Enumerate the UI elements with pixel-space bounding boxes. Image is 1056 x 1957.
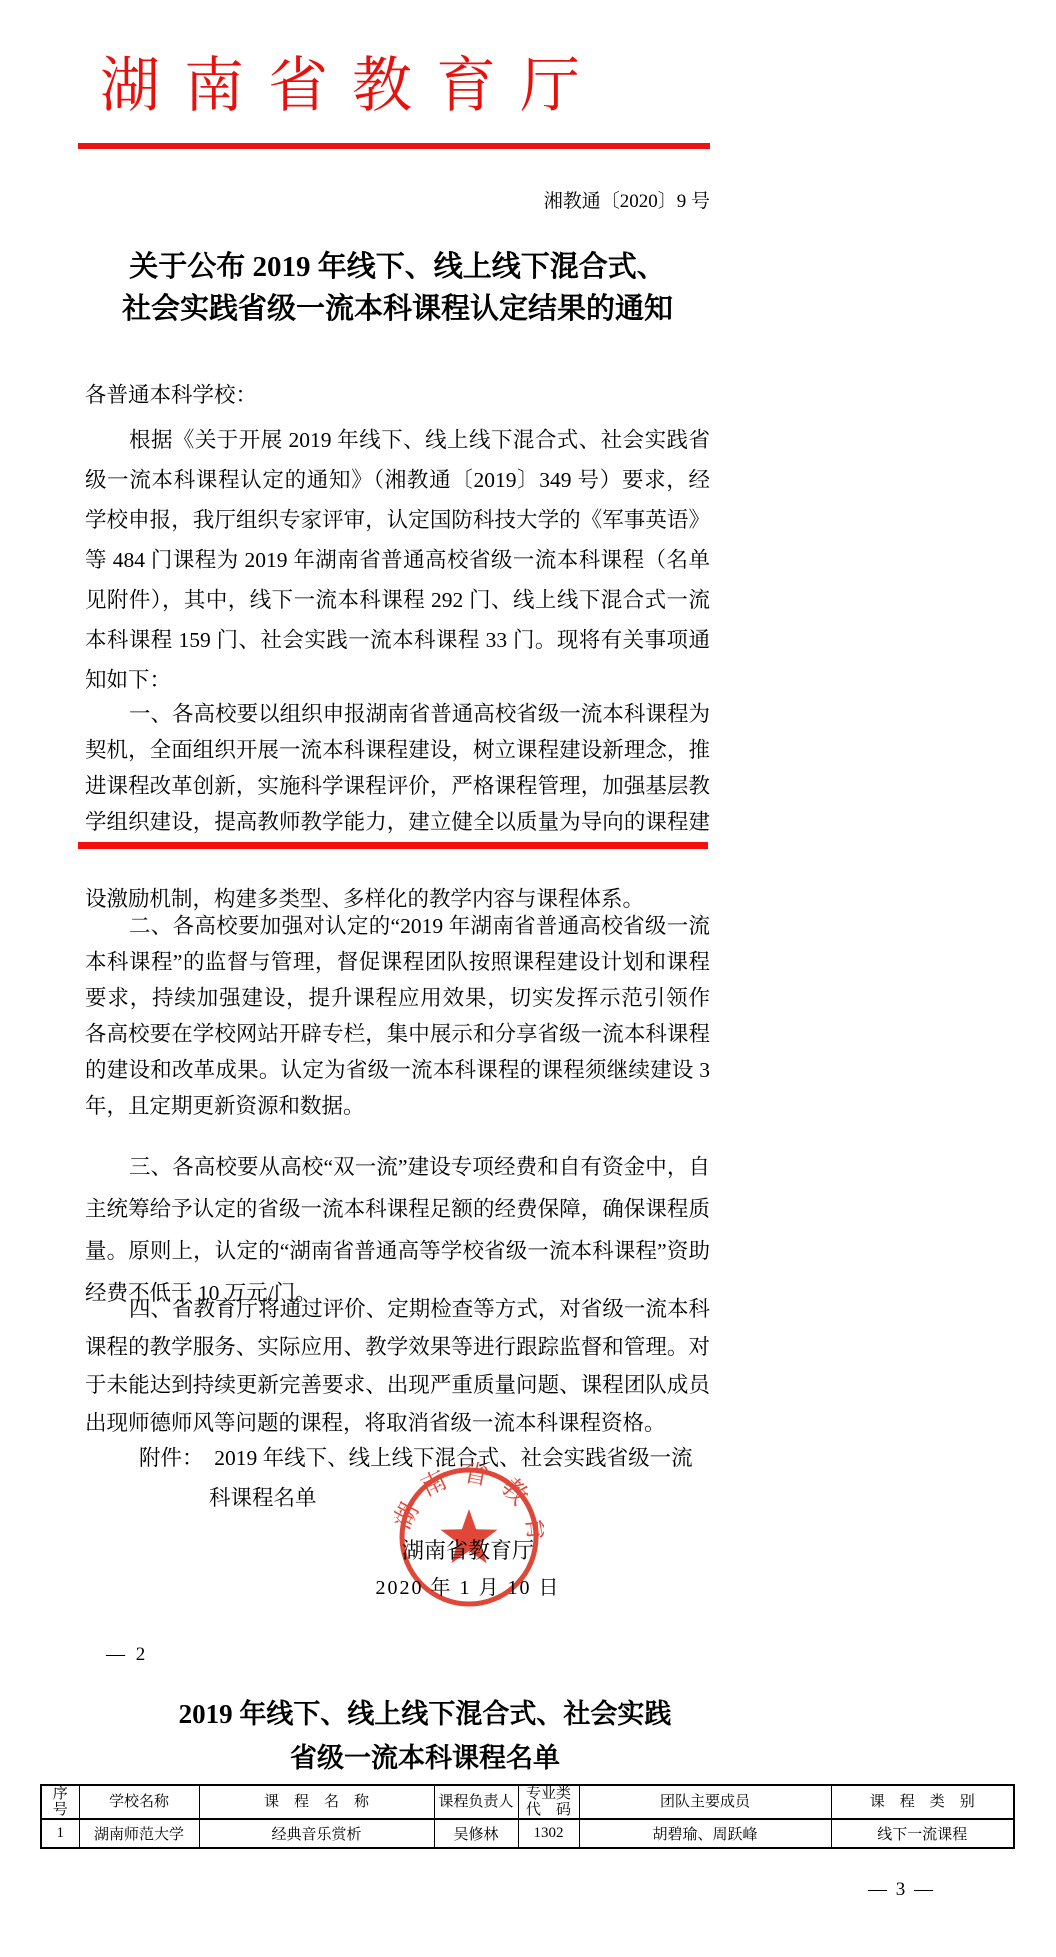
page-number-2: — 2: [106, 1644, 148, 1666]
notice-line: 等 484 门课程为 2019 年湖南省普通高校省级一流本科课程（名单: [85, 540, 710, 580]
notice-line: 年，且定期更新资源和数据。: [85, 1088, 710, 1124]
notice-line: 出现师德师风等问题的课程，将取消省级一流本科课程资格。: [85, 1404, 710, 1442]
para-item1: 一、各高校要以组织申报湖南省普通高校省级一流本科课程为 契机，全面组织开展一流本…: [85, 696, 710, 840]
notice-line: 本科课程 159 门、社会实践一流本科课程 33 门。现将有关事项通: [85, 620, 710, 660]
cell-school: 湖南师范大学: [79, 1819, 199, 1848]
roster-title: 2019 年线下、线上线下混合式、社会实践 省级一流本科课程名单: [40, 1692, 810, 1780]
roster-title-line: 省级一流本科课程名单: [40, 1736, 810, 1780]
cell-index: 1: [41, 1819, 79, 1848]
page-break-red-line: [78, 842, 708, 849]
para-item4: 四、省教育厅将通过评价、定期检查等方式，对省级一流本科 课程的教学服务、实际应用…: [85, 1290, 710, 1442]
letterhead-underline: [78, 143, 710, 149]
notice-line: 三、各高校要从高校“双一流”建设专项经费和自有资金中，自: [85, 1146, 710, 1188]
notice-line: 课程的教学服务、实际应用、教学效果等进行跟踪监督和管理。对: [85, 1328, 710, 1366]
notice-line: 知如下：: [85, 660, 710, 700]
notice-title-line: 社会实践省级一流本科课程认定结果的通知: [85, 288, 710, 330]
col-header-type: 课 程 类 别: [831, 1785, 1014, 1819]
col-header-team: 团队主要成员: [579, 1785, 831, 1819]
notice-line: 于未能达到持续更新完善要求、出现严重质量问题、课程团队成员: [85, 1366, 710, 1404]
notice-line: 各高校要在学校网站开辟专栏，集中展示和分享省级一流本科课程: [85, 1016, 710, 1052]
notice-line: 契机，全面组织开展一流本科课程建设，树立课程建设新理念，推: [85, 732, 710, 768]
notice-line: 一、各高校要以组织申报湖南省普通高校省级一流本科课程为: [85, 696, 710, 732]
notice-line: 二、各高校要加强对认定的“2019 年湖南省普通高校省级一流: [85, 908, 710, 944]
col-header-index: 序 号: [41, 1785, 79, 1819]
roster-table: 序 号 学校名称 课 程 名 称 课程负责人 专业类 代 码 团队主要成员 课 …: [40, 1784, 1015, 1849]
col-header-school: 学校名称: [79, 1785, 199, 1819]
col-header-leader: 课程负责人: [434, 1785, 518, 1819]
letterhead-org-name: 湖南省教育厅: [100, 38, 604, 124]
notice-line: 根据《关于开展 2019 年线下、线上线下混合式、社会实践省: [85, 420, 710, 460]
table-header-row: 序 号 学校名称 课 程 名 称 课程负责人 专业类 代 码 团队主要成员 课 …: [41, 1785, 1014, 1819]
notice-line: 要求，持续加强建设，提升课程应用效果，切实发挥示范引领作用。: [85, 980, 710, 1016]
notice-title: 关于公布 2019 年线下、线上线下混合式、 社会实践省级一流本科课程认定结果的…: [85, 246, 710, 330]
signature-date: 2020 年 1 月 10 日: [326, 1571, 610, 1600]
document-page: 湖南省教育厅 湘教通〔2020〕9 号 关于公布 2019 年线下、线上线下混合…: [0, 0, 1056, 1957]
cell-leader: 吴修林: [434, 1819, 518, 1848]
notice-line: 级一流本科课程认定的通知》（湘教通〔2019〕349 号）要求，经: [85, 460, 710, 500]
para-intro: 根据《关于开展 2019 年线下、线上线下混合式、社会实践省 级一流本科课程认定…: [85, 420, 710, 700]
notice-line: 学校申报，我厅组织专家评审，认定国防科技大学的《军事英语》: [85, 500, 710, 540]
notice-line: 本科课程”的监督与管理，督促课程团队按照课程建设计划和课程: [85, 944, 710, 980]
para-item3: 三、各高校要从高校“双一流”建设专项经费和自有资金中，自 主统筹给予认定的省级一…: [85, 1146, 710, 1314]
notice-line: 见附件），其中，线下一流本科课程 292 门、线上线下混合式一流: [85, 580, 710, 620]
cell-major-code: 1302: [518, 1819, 579, 1848]
notice-line: 的建设和改革成果。认定为省级一流本科课程的课程须继续建设 3: [85, 1052, 710, 1088]
cell-team: 胡碧瑜、周跃峰: [579, 1819, 831, 1848]
page-number-3: — 3 —: [868, 1879, 935, 1901]
notice-line: 四、省教育厅将通过评价、定期检查等方式，对省级一流本科: [85, 1290, 710, 1328]
notice-line: 进课程改革创新，实施科学课程评价，严格课程管理，加强基层教: [85, 768, 710, 804]
para-item2: 二、各高校要加强对认定的“2019 年湖南省普通高校省级一流 本科课程”的监督与…: [85, 908, 710, 1124]
col-header-major-code: 专业类 代 码: [518, 1785, 579, 1819]
col-header-course: 课 程 名 称: [199, 1785, 434, 1819]
notice-line: 学组织建设，提高教师教学能力，建立健全以质量为导向的课程建: [85, 804, 710, 840]
notice-line: 量。原则上，认定的“湖南省普通高等学校省级一流本科课程”资助: [85, 1230, 710, 1272]
cell-type: 线下一流课程: [831, 1819, 1014, 1848]
roster-title-line: 2019 年线下、线上线下混合式、社会实践: [40, 1692, 810, 1736]
doc-number: 湘教通〔2020〕9 号: [85, 186, 710, 213]
cell-course: 经典音乐赏析: [199, 1819, 434, 1848]
notice-title-line: 关于公布 2019 年线下、线上线下混合式、: [85, 246, 710, 288]
notice-line: 主统筹给予认定的省级一流本科课程足额的经费保障，确保课程质: [85, 1188, 710, 1230]
signature-org: 湖南省教育厅: [340, 1534, 596, 1565]
table-row: 1 湖南师范大学 经典音乐赏析 吴修林 1302 胡碧瑜、周跃峰 线下一流课程: [41, 1819, 1014, 1848]
salutation: 各普通本科学校：: [85, 378, 710, 409]
